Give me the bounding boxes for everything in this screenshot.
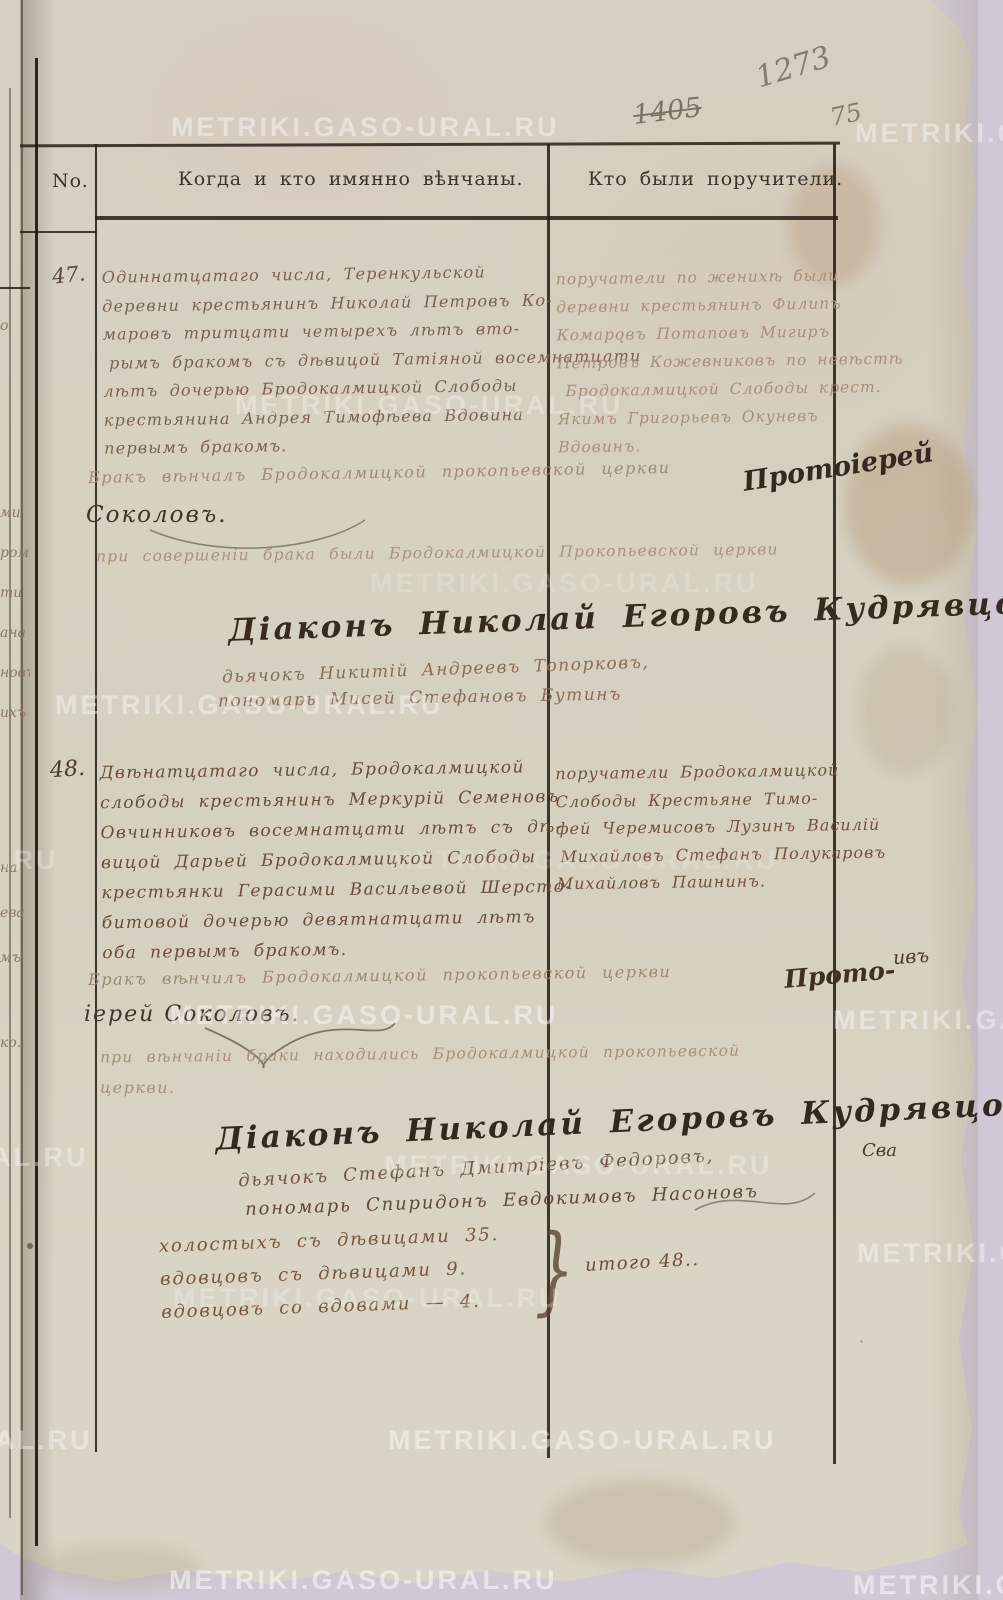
gutter-fragment: ихъ [0,705,30,721]
header-number-column: No. [52,170,89,192]
entry-48-guarantors-text: поручатели Бродокалмицкой Слободы Кресть… [555,756,887,898]
torn-edge-shade [926,0,978,1600]
header-guarantors-column: Кто были поручители. [588,168,843,190]
entry-47-number: 47. [51,261,87,288]
register-scan: о ми ром ти ана новъ ихъ на ева мъ ко. 1… [0,0,1003,1600]
watermark: METRIKI.GASO-URAL.RU [390,845,778,876]
gutter-fragment: ева [0,905,30,921]
watermark: METRIKI.GASO-URAL.RU [855,118,1003,149]
watermark: METRIKI.GASO-URAL.RU [235,390,623,421]
watermark: METRIKI.GASO-URAL.RU [0,1425,92,1456]
watermark: METRIKI.GASO-URAL.RU [384,1150,772,1181]
table-border-left [35,58,38,1546]
signature-flourish [690,1185,820,1225]
entry-48-margin-note: ивъ [892,945,929,969]
watermark: METRIKI.GASO-URAL.RU [55,690,443,721]
watermark: METRIKI.GASO-URAL.RU [0,1142,88,1173]
entry-48-number: 48. [49,756,86,783]
header-underline [95,216,838,220]
entry-48-margin-note-2: Сва [862,1140,897,1161]
previous-page-header-rule [0,287,30,289]
gutter-fragment: о [0,318,30,334]
number-column-underline [20,231,97,233]
gutter-fragment: ти [0,585,30,601]
gutter-fragment: новъ [0,665,30,681]
record-line: поручатели Бродокалмицкой [555,756,885,788]
stain [545,1480,735,1565]
watermark: METRIKI.GASO-URAL.RU [170,1000,558,1031]
header-married-column: Когда и кто имянно вѣнчаны. [178,168,524,190]
watermark: METRIKI.GASO-URAL.RU [171,112,559,143]
binding-gutter-shadow [20,0,56,1600]
gutter-fragment: ром [0,545,30,561]
watermark: METRIKI.GASO-URAL.RU [388,1425,776,1456]
entry-48-attendants-line-2: церкви. [100,1078,176,1097]
record-line: фей Черемисовъ Лузинъ Василій [556,811,886,843]
gutter-fragment: ми [0,505,30,521]
watermark: METRIKI.GASO-URAL.RU [833,1005,1003,1036]
column-divider-number [95,144,97,1452]
watermark: METRIKI.GASO-URAL.RU [857,1238,1003,1269]
watermark: METRIKI.GASO-URAL.RU [173,1283,561,1314]
watermark: METRIKI.GASO-URAL.RU [0,845,58,876]
gutter-fragment: ко. [0,1035,30,1051]
previous-page-edge [21,0,23,1595]
previous-page-rule [9,88,11,1518]
watermark: METRIKI.GASO-URAL.RU [853,1570,1003,1600]
watermark: METRIKI.GASO-URAL.RU [370,568,758,599]
paper-speck [860,1340,863,1343]
gutter-fragment: мъ [0,950,30,966]
watermark: METRIKI.GASO-URAL.RU [169,1565,557,1596]
entry-47-guarantors-text: поручатели по женихѣ были деревни кресть… [556,261,905,462]
gutter-fragment: ана [0,625,30,641]
